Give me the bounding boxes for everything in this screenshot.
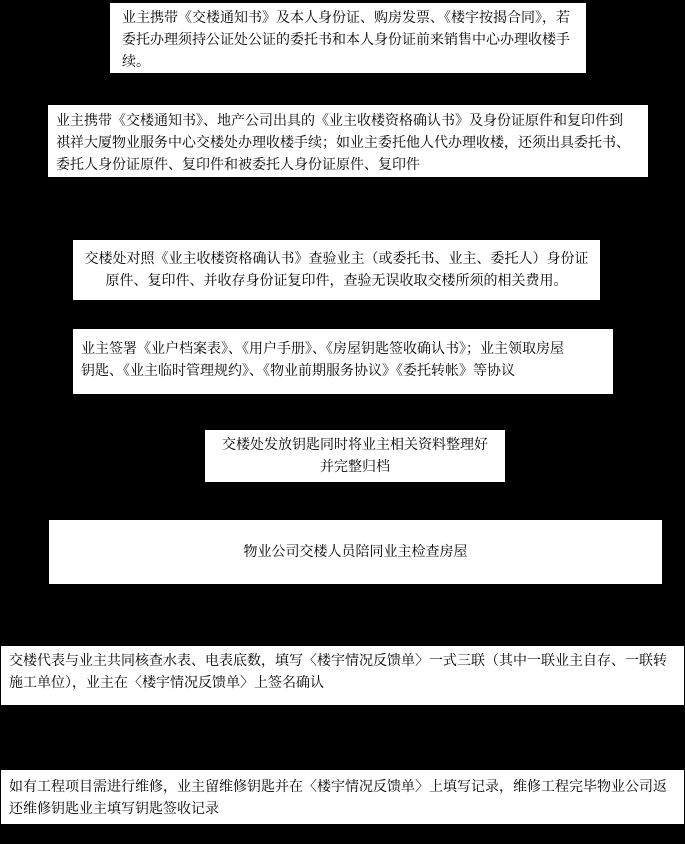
- flow-step-4: 业主签署《业户档案表》、《用户手册》、《房屋钥匙签收确认书》；业主领取房屋 钥匙…: [72, 328, 614, 395]
- flow-step-7: 交楼代表与业主共同核查水表、电表底数，填写〈楼宇情况反馈单〉一式三联（其中一联业…: [0, 645, 685, 706]
- flow-step-8: 如有工程项目需进行维修，业主留维修钥匙并在〈楼宇情况反馈单〉上填写记录，维修工程…: [0, 769, 685, 825]
- flow-step-3-line: 交楼处对照《业主收楼资格确认书》查验业主（或委托书、业主、委托人）身份证: [79, 248, 594, 270]
- flow-step-4-line: 钥匙、《业主临时管理规约》、《物业前期服务协议》《委托转帐》等协议: [81, 360, 605, 382]
- flow-step-6: 物业公司交楼人员陪同业主检查房屋: [48, 519, 663, 585]
- flow-step-5-line: 交楼处发放钥匙同时将业主相关资料整理好: [211, 434, 499, 456]
- flow-step-8-line: 还维修钥匙业主填写钥匙签收记录: [9, 798, 676, 820]
- flow-step-2-line: 委托人身份证原件、复印件和被委托人身份证原件、复印件: [56, 154, 640, 176]
- flow-step-5: 交楼处发放钥匙同时将业主相关资料整理好 并完整归档: [204, 429, 506, 483]
- flow-step-1-line: 委托办理须持公证处公证的委托书和本人身份证前来销售中心办理收楼手: [122, 29, 574, 51]
- flow-step-8-line: 如有工程项目需进行维修，业主留维修钥匙并在〈楼宇情况反馈单〉上填写记录，维修工程…: [9, 776, 676, 798]
- flow-step-7-line: 交楼代表与业主共同核查水表、电表底数，填写〈楼宇情况反馈单〉一式三联（其中一联业…: [9, 650, 676, 672]
- flow-step-1-line: 业主携带《交楼通知书》及本人身份证、购房发票、《楼宇按揭合同》，若: [122, 7, 574, 29]
- flow-step-2-line: 祺祥大厦物业服务中心交楼处办理收楼手续；如业主委托他人代办理收楼，还须出具委托书…: [56, 132, 640, 154]
- flow-step-6-line: 物业公司交楼人员陪同业主检查房屋: [244, 541, 468, 563]
- flow-step-5-line: 并完整归档: [211, 456, 499, 478]
- flow-step-7-line: 施工单位），业主在〈楼宇情况反馈单〉上签名确认: [9, 672, 676, 694]
- flow-step-2-line: 业主携带《交楼通知书》、地产公司出具的《业主收楼资格确认书》及身份证原件和复印件…: [56, 110, 640, 132]
- flow-step-2: 业主携带《交楼通知书》、地产公司出具的《业主收楼资格确认书》及身份证原件和复印件…: [47, 104, 649, 178]
- flow-step-1-line: 续。: [122, 51, 574, 73]
- flow-step-3-line: 原件、复印件、并收存身份证复印件，查验无误收取交楼所须的相关费用。: [79, 270, 594, 292]
- flow-step-3: 交楼处对照《业主收楼资格确认书》查验业主（或委托书、业主、委托人）身份证 原件、…: [72, 239, 601, 301]
- flow-step-4-line: 业主签署《业户档案表》、《用户手册》、《房屋钥匙签收确认书》；业主领取房屋: [81, 338, 605, 360]
- flow-step-1: 业主携带《交楼通知书》及本人身份证、购房发票、《楼宇按揭合同》，若 委托办理须持…: [109, 2, 587, 74]
- handover-flowchart: 业主携带《交楼通知书》及本人身份证、购房发票、《楼宇按揭合同》，若 委托办理须持…: [0, 0, 685, 844]
